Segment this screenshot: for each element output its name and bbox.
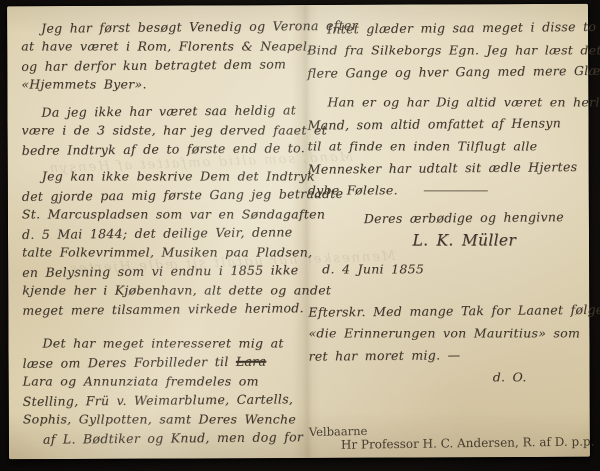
letter-paper: Jeg har først besøgt Venedig og Verona e… [7,4,590,460]
handwriting-line: bedre Indtryk af de to første end de to. [22,138,294,160]
closing-salutation: Deres ærbødige og hengivne [308,206,564,230]
handwriting-line: at have været i Rom, Florents & Neapel, [21,37,293,56]
handwriting-line: St. Marcuspladsen som var en Søndagaften [22,205,294,224]
date-line: d. 4 Juni 1855 [308,258,586,280]
handwriting-line: og har derfor kun betragtet dem som [21,54,293,76]
handwriting-line: meget mere tilsammen virkede herimod. [22,298,294,320]
handwriting-line: til at finde en inden Tilflugt alle [308,135,586,157]
dash-flourish: ——— [424,190,488,191]
handwriting-line: Intet glæder mig saa meget i disse to [307,16,585,41]
handwriting-line: en Belysning som vi endnu i 1855 ikke [22,260,294,282]
handwriting-fragment: læse om Deres Forbilleder til [23,354,236,371]
handwriting-line: Jeg kan ikke beskrive Dem det Indtryk [22,167,294,186]
handwriting-line: Sophis, Gyllpotten, samt Deres Wenche [23,410,295,429]
handwriting-line: kjende her i Kjøbenhavn, alt dette og an… [22,281,294,300]
handwriting-line: Stelling, Frü v. Weimarblume, Cartells, [23,389,295,411]
struck-out-word: Lara [236,354,267,369]
handwriting-line: læse om Deres Forbilleder til Lara [22,351,294,373]
handwriting-line: Lara og Annunziata fremdeles om [23,372,295,391]
handwriting-line: af L. Bødtiker og Knud, men dog for [23,427,295,449]
handwriting-line: «Hjemmets Byer». [21,75,293,94]
handwriting-line: Mand, som altid omfattet af Hensyn [307,112,585,137]
postscript-block: Efterskr. Med mange Tak for Laanet følge… [308,300,586,389]
closing-block: Deres ærbødige og hengivne L. K. Müller [308,207,586,252]
handwriting-line: Han er og har Dig altid været en herlig [307,91,585,113]
letter-photograph: Jeg har først besøgt Venedig og Verona e… [0,0,600,471]
handwriting-line: talte Folkevrimmel, Musiken paa Pladsen, [22,243,294,262]
handwriting-line: Da jeg ikke har været saa heldig at [21,100,293,122]
handwriting-fragment: dybe Følelse. [308,182,398,197]
letter-page-left: Jeg har først besøgt Venedig og Verona e… [21,5,295,471]
handwriting-line: Bind fra Silkeborgs Egn. Jeg har læst de… [307,39,585,61]
handwriting-line: d. 5 Mai 1844; det deilige Veir, denne [22,222,294,244]
recipient-name-line: Hr Professor H. C. Andersen, R. af D. p.… [309,434,599,453]
handwriting-line: flere Gange og hver Gang med mere Glæde. [307,60,585,85]
recipient-address-block: Velbaarne Hr Professor H. C. Andersen, R… [309,422,599,452]
handwriting-line: Det har meget interesseret mig at [22,334,294,353]
handwriting-line: Jeg har først besøgt Venedig og Verona e… [21,16,293,38]
postscript-line: Efterskr. Med mange Tak for Laanet følge… [308,299,586,324]
handwriting-line: det gjorde paa mig første Gang jeg betra… [22,184,294,206]
postscript-initials: d. O. [309,366,587,388]
postscript-line: «die Erinnerungen von Mauritius» som [308,322,586,344]
letter-page-right: Intet glæder mig saa meget i disse to Bi… [307,4,587,471]
handwriting-line: dybe Følelse.——— [308,179,586,201]
signature: L. K. Müller [308,229,564,251]
handwriting-line: Mennesker har udtalt sit ædle Hjertes [308,156,586,181]
postscript-line: ret har moret mig. — [308,343,586,368]
handwriting-line: være i de 3 sidste, har jeg derved faaet… [22,121,294,140]
